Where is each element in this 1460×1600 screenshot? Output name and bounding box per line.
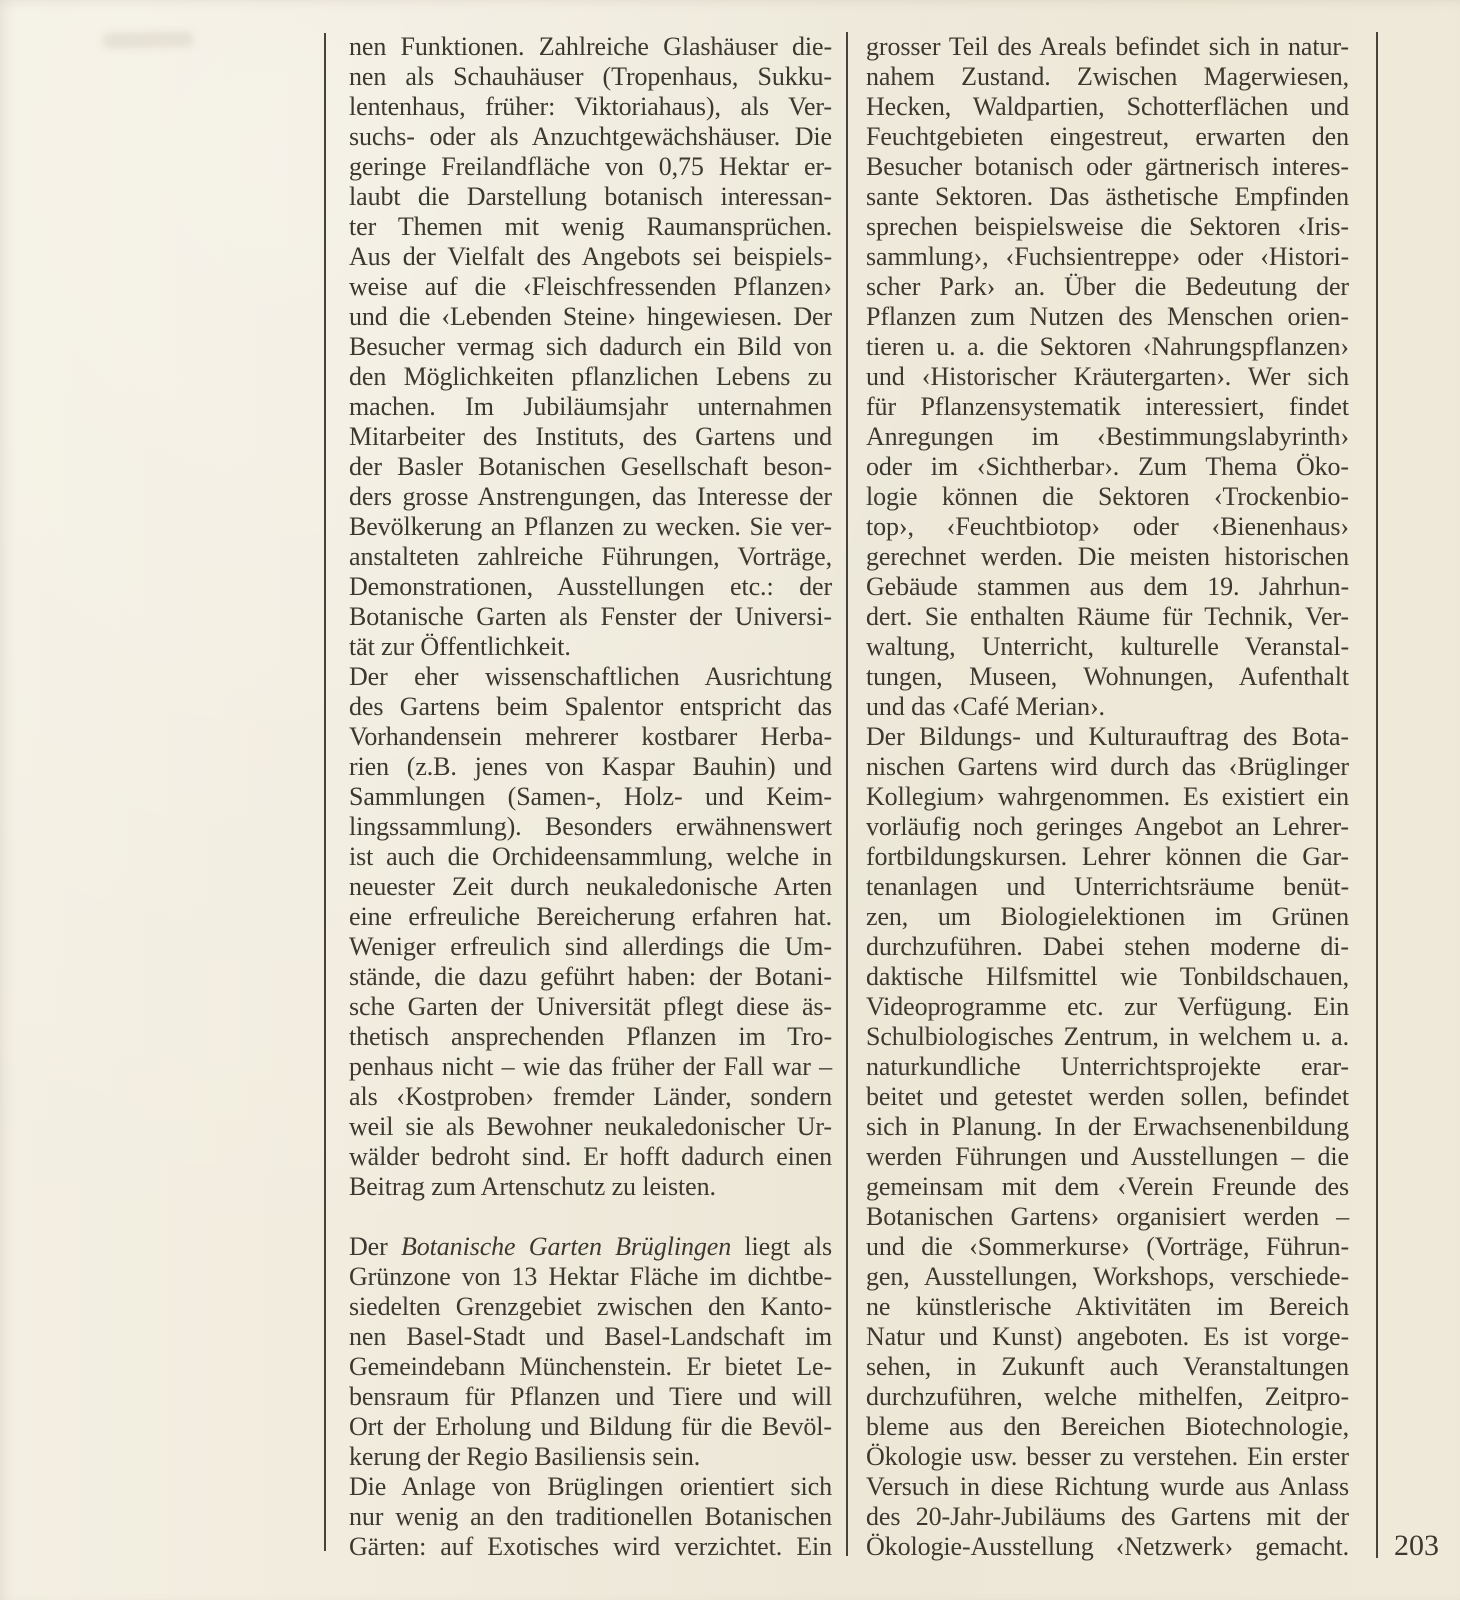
column-rule-middle <box>846 32 848 1556</box>
text-line: ne künstlerische Aktivitäten im Bereich <box>866 1292 1349 1322</box>
text-line: beitet und getestet werden sollen, befin… <box>866 1082 1349 1112</box>
text-line: kerung der Regio Basiliensis sein. <box>349 1442 832 1472</box>
text-line: grosser Teil des Areals befindet sich in… <box>866 32 1349 62</box>
text-line: sammlung›, ‹Fuchsientreppe› oder ‹Histor… <box>866 242 1349 272</box>
text-line: nen Funktionen. Zahlreiche Glashäuser di… <box>349 32 832 62</box>
paragraph: Der Bildungs- und Kulturauftrag des Bota… <box>866 722 1349 1562</box>
paragraph: grosser Teil des Areals befindet sich in… <box>866 32 1349 722</box>
text-line: Ort der Erholung und Bildung für die Bev… <box>349 1412 832 1442</box>
page-number: 203 <box>1394 1531 1439 1561</box>
text-line: lentenhaus, früher: Viktoriahaus), als V… <box>349 92 832 122</box>
text-line: zen, um Biologielektionen im Grünen <box>866 902 1349 932</box>
text-line: suchs- oder als Anzuchtgewächshäuser. Di… <box>349 122 832 152</box>
text-line: stände, die dazu geführt haben: der Bota… <box>349 962 832 992</box>
text-column-right: grosser Teil des Areals befindet sich in… <box>866 32 1349 1562</box>
text-line: Die Anlage von Brüglingen orientiert sic… <box>349 1472 832 1502</box>
text-line: dert. Sie enthalten Räume für Technik, V… <box>866 602 1349 632</box>
text-line: der Basler Botanischen Gesellschaft beso… <box>349 452 832 482</box>
text-line: wälder bedroht sind. Er hofft dadurch ei… <box>349 1142 832 1172</box>
text-line: naturkundliche Unterrichtsprojekte erar- <box>866 1052 1349 1082</box>
text-line: vorläufig noch geringes Angebot an Lehre… <box>866 812 1349 842</box>
text-line: Anregungen im ‹Bestimmungslabyrinth› <box>866 422 1349 452</box>
text-line: Botanische Garten als Fenster der Univer… <box>349 602 832 632</box>
text-line: und die ‹Sommerkurse› (Vorträge, Führun- <box>866 1232 1349 1262</box>
text-line: sante Sektoren. Das ästhetische Empfinde… <box>866 182 1349 212</box>
text-line: logie können die Sektoren ‹Trockenbio- <box>866 482 1349 512</box>
text-line: thetisch ansprechenden Pflanzen im Tro- <box>349 1022 832 1052</box>
text-line: Natur und Kunst) angeboten. Es ist vorge… <box>866 1322 1349 1352</box>
text-line: Sammlungen (Samen-, Holz- und Keim- <box>349 782 832 812</box>
text-line: sche Garten der Universität pflegt diese… <box>349 992 832 1022</box>
paragraph: nen Funktionen. Zahlreiche Glashäuser di… <box>349 32 832 662</box>
text-line: Bevölkerung an Pflanzen zu wecken. Sie v… <box>349 512 832 542</box>
text-line: bensraum für Pflanzen und Tiere und will <box>349 1382 832 1412</box>
text-line: scher Park› an. Über die Bedeutung der <box>866 272 1349 302</box>
text-line: Der Bildungs- und Kulturauftrag des Bota… <box>866 722 1349 752</box>
text-line: und die ‹Lebenden Steine› hingewiesen. D… <box>349 302 832 332</box>
text-line: Besucher vermag sich dadurch ein Bild vo… <box>349 332 832 362</box>
text-line: sehen, in Zukunft auch Veranstaltungen <box>866 1352 1349 1382</box>
text-line: Weniger erfreulich sind allerdings die U… <box>349 932 832 962</box>
text-line: anstalteten zahlreiche Führungen, Vorträ… <box>349 542 832 572</box>
text-line: Schulbiologisches Zentrum, in welchem u.… <box>866 1022 1349 1052</box>
text-line: nen Basel-Stadt und Basel-Landschaft im <box>349 1322 832 1352</box>
text-line: durchzuführen. Dabei stehen moderne di- <box>866 932 1349 962</box>
text-line: gerechnet werden. Die meisten historisch… <box>866 542 1349 572</box>
text-line: sich in Planung. In der Erwachsenenbildu… <box>866 1112 1349 1142</box>
text-line: ist auch die Orchideensammlung, welche i… <box>349 842 832 872</box>
text-line: nur wenig an den traditionellen Botanisc… <box>349 1502 832 1532</box>
text-line: Ökologie-Ausstellung ‹Netzwerk› gemacht. <box>866 1532 1349 1562</box>
text-line: Der eher wissenschaftlichen Ausrichtung <box>349 662 832 692</box>
text-line: weise auf die ‹Fleischfressenden Pflanze… <box>349 272 832 302</box>
text-line: eine erfreuliche Bereicherung erfahren h… <box>349 902 832 932</box>
column-rule-right <box>1376 32 1378 1558</box>
text-line: fortbildungskursen. Lehrer können die Ga… <box>866 842 1349 872</box>
text-line: Der Botanische Garten Brüglingen liegt a… <box>349 1232 832 1262</box>
text-line: für Pflanzensystematik interessiert, fin… <box>866 392 1349 422</box>
text-line: oder im ‹Sichtherbar›. Zum Thema Öko- <box>866 452 1349 482</box>
paragraph: Die Anlage von Brüglingen orientiert sic… <box>349 1472 832 1562</box>
text-line: Vorhandensein mehrerer kostbarer Herba- <box>349 722 832 752</box>
text-line: Grünzone von 13 Hektar Fläche im dichtbe… <box>349 1262 832 1292</box>
paragraph: Der Botanische Garten Brüglingen liegt a… <box>349 1232 832 1472</box>
text-line: Kollegium› wahrgenommen. Es existiert ei… <box>866 782 1349 812</box>
text-line: waltung, Unterricht, kulturelle Veransta… <box>866 632 1349 662</box>
column-rule-left <box>324 33 326 1551</box>
text-line: nen als Schauhäuser (Tropenhaus, Sukku- <box>349 62 832 92</box>
text-line: machen. Im Jubiläumsjahr unternahmen <box>349 392 832 422</box>
text-line: Beitrag zum Artenschutz zu leisten. <box>349 1172 832 1202</box>
text-line: tät zur Öffentlichkeit. <box>349 632 832 662</box>
text-line: und das ‹Café Merian›. <box>866 692 1349 722</box>
text-line: ter Themen mit wenig Raumansprüchen. <box>349 212 832 242</box>
text-line: und ‹Historischer Kräutergarten›. Wer si… <box>866 362 1349 392</box>
text-line: weil sie als Bewohner neukaledonischer U… <box>349 1112 832 1142</box>
text-line: daktische Hilfsmittel wie Tonbildschauen… <box>866 962 1349 992</box>
text-line: nischen Gartens wird durch das ‹Brügling… <box>866 752 1349 782</box>
text-line: rien (z.B. jenes von Kaspar Bauhin) und <box>349 752 832 782</box>
text-line: als ‹Kostproben› fremder Länder, sondern <box>349 1082 832 1112</box>
scanned-book-page: { "page": { "number": "203", "colors": {… <box>0 0 1460 1600</box>
text-line: Botanischen Gartens› organisiert werden … <box>866 1202 1349 1232</box>
text-line: gemeinsam mit dem ‹Verein Freunde des <box>866 1172 1349 1202</box>
text-line: laubt die Darstellung botanisch interess… <box>349 182 832 212</box>
text-line: gen, Ausstellungen, Workshops, verschied… <box>866 1262 1349 1292</box>
text-line: Gebäude stammen aus dem 19. Jahrhun- <box>866 572 1349 602</box>
text-line: Besucher botanisch oder gärtnerisch inte… <box>866 152 1349 182</box>
ink-bleedthrough-mark <box>102 31 194 49</box>
text-line: durchzuführen, welche mithelfen, Zeitpro… <box>866 1382 1349 1412</box>
text-line: siedelten Grenzgebiet zwischen den Kanto… <box>349 1292 832 1322</box>
text-line: tungen, Museen, Wohnungen, Aufenthalt <box>866 662 1349 692</box>
text-line: nahem Zustand. Zwischen Magerwiesen, <box>866 62 1349 92</box>
text-line: tieren u. a. die Sektoren ‹Nahrungspflan… <box>866 332 1349 362</box>
text-line: Videoprogramme etc. zur Verfügung. Ein <box>866 992 1349 1022</box>
text-line: Mitarbeiter des Instituts, des Gartens u… <box>349 422 832 452</box>
text-line: Hecken, Waldpartien, Schotterflächen und <box>866 92 1349 122</box>
text-line: geringe Freilandfläche von 0,75 Hektar e… <box>349 152 832 182</box>
text-line: top›, ‹Feuchtbiotop› oder ‹Bienenhaus› <box>866 512 1349 542</box>
text-line: neuester Zeit durch neukaledonische Arte… <box>349 872 832 902</box>
text-line: den Möglichkeiten pflanzlichen Lebens zu <box>349 362 832 392</box>
text-line: Gemeindebann Münchenstein. Er bietet Le- <box>349 1352 832 1382</box>
text-line: tenanlagen und Unterrichtsräume benüt- <box>866 872 1349 902</box>
text-line: ders grosse Anstrengungen, das Interesse… <box>349 482 832 512</box>
text-line: Ökologie usw. besser zu verstehen. Ein e… <box>866 1442 1349 1472</box>
text-line: Pflanzen zum Nutzen des Menschen orien- <box>866 302 1349 332</box>
text-line: Gärten: auf Exotisches wird verzichtet. … <box>349 1532 832 1562</box>
text-line: Demonstrationen, Ausstellungen etc.: der <box>349 572 832 602</box>
text-line: sprechen beispielsweise die Sektoren ‹Ir… <box>866 212 1349 242</box>
text-line: Feuchtgebieten eingestreut, erwarten den <box>866 122 1349 152</box>
text-column-left: nen Funktionen. Zahlreiche Glashäuser di… <box>349 32 832 1562</box>
text-line: bleme aus den Bereichen Biotechnologie, <box>866 1412 1349 1442</box>
text-line: Aus der Vielfalt des Angebots sei beispi… <box>349 242 832 272</box>
text-line: lingssammlung). Besonders erwähnenswert <box>349 812 832 842</box>
paragraph: Der eher wissenschaftlichen Ausrichtungd… <box>349 662 832 1202</box>
text-line: penhaus nicht – wie das früher der Fall … <box>349 1052 832 1082</box>
text-line: werden Führungen und Ausstellungen – die <box>866 1142 1349 1172</box>
text-line: des Gartens beim Spalentor entspricht da… <box>349 692 832 722</box>
text-line: des 20-Jahr-Jubiläums des Gartens mit de… <box>866 1502 1349 1532</box>
text-line: Versuch in diese Richtung wurde aus Anla… <box>866 1472 1349 1502</box>
